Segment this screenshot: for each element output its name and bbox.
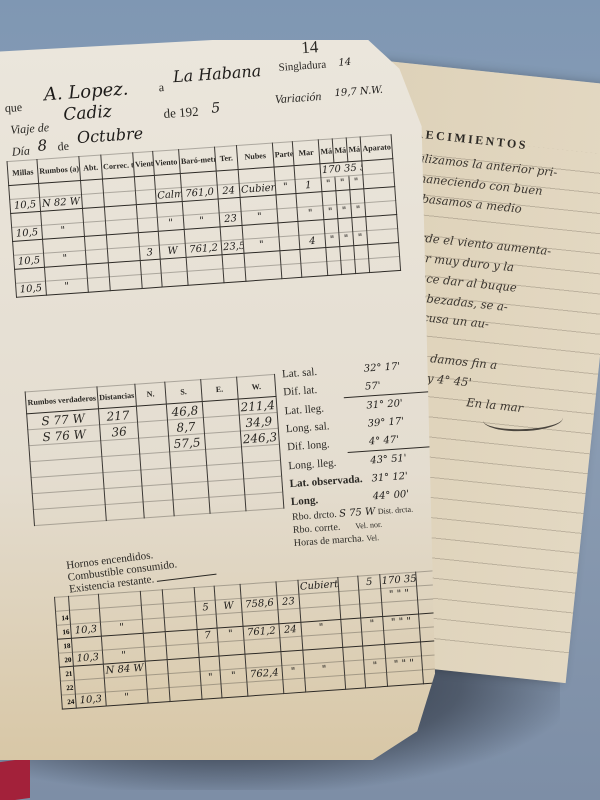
cell-viento-f [137, 217, 158, 232]
col-ter: Ter. [215, 146, 239, 171]
captain-name: A. Lopez. [43, 78, 129, 105]
hour-number: 20 [58, 652, 73, 667]
col-abt: Abt. [79, 155, 103, 180]
cell-rumbo: " [105, 689, 148, 706]
col-n: N. [135, 382, 166, 406]
hour-number: 22 [60, 680, 75, 695]
hour-number: 21 [59, 666, 74, 681]
nav-value: 43° 51' [370, 452, 407, 466]
col-parte: Parte cubierta [272, 142, 294, 167]
nav-value: 39° 17' [367, 416, 404, 430]
day-label: Día [11, 144, 30, 160]
cell-maq-r: " [351, 203, 366, 218]
day-value: 8 [37, 136, 48, 155]
cell-maq-p: " [325, 233, 340, 248]
hour-number: 18 [57, 638, 72, 653]
hour-number: 14 [56, 610, 71, 625]
variacion-value: 19,7 N.W. [334, 85, 383, 99]
hour-number: 24 [61, 694, 76, 709]
to-label: a [158, 80, 164, 95]
nav-value: 57' [365, 380, 381, 392]
nav-value: 4° 47' [369, 434, 400, 447]
nav-value: 32° 17' [363, 361, 400, 375]
cell-millas: 10,5 [16, 281, 47, 297]
log-grid-bottom: Cubierto 5 170 35 51 14 5 W 758,6 23 " "… [54, 569, 456, 709]
cell-maq-p: " [321, 177, 336, 192]
voyage-label: Viaje de [10, 120, 50, 138]
col-viento-f: Viento F. [133, 151, 155, 176]
col-barometro: Baró-metro [179, 147, 217, 173]
existencia-blank [157, 574, 217, 582]
year-label: de 192 [163, 104, 199, 122]
cell-maq-p: " [323, 205, 338, 220]
nav-value: 31° 20' [366, 398, 403, 412]
log-grid-top: Millas Rumbos (a) Abt. Correc. total Vie… [6, 134, 400, 298]
col-e: E. [201, 377, 238, 401]
courses-table: Rumbos verdaderos Distancias N. S. E. W.… [25, 374, 285, 526]
cell-viento-f: " [200, 670, 221, 685]
cell-millas: 10,3 [75, 692, 106, 708]
cell-viento-f: 3 [139, 245, 160, 260]
dead-reckoning-section: Rumbos verdaderos Distancias N. S. E. W.… [14, 355, 445, 554]
cell-viento-f: 7 [197, 628, 218, 643]
cell-maq-e: " [337, 204, 352, 219]
col-viento-dir: Viento Dir. [153, 150, 181, 176]
col-w: W. [237, 374, 276, 399]
col-correc: Correc. total [101, 153, 135, 179]
cell-rumbo: " [45, 278, 88, 295]
month-value: Octubre [76, 124, 143, 148]
nav-value: 31° 12' [371, 470, 408, 484]
cell-maq-e: " [339, 232, 354, 247]
vel-label: Vel. [366, 533, 379, 543]
col-s: S. [165, 380, 202, 404]
page-number: 14 [301, 37, 319, 58]
col-nubes: Nubes [236, 143, 274, 169]
col-aparato: Aparato [360, 135, 393, 161]
hour-number: 16 [56, 624, 71, 639]
horas-marcha-label: Horas de marcha. [293, 533, 364, 549]
singladura-value: 14 [338, 57, 351, 69]
col-millas: Millas [7, 160, 39, 186]
dist-drcta-label: Dist. drcta. [377, 505, 413, 516]
book-cover-spine [0, 758, 30, 800]
de-label: de [57, 139, 69, 155]
year-value: 5 [211, 100, 221, 117]
cell-maq-r: " [349, 175, 364, 190]
cell-viento-f: 5 [195, 600, 216, 615]
cell-parte: " [275, 180, 296, 195]
vessel-label: que [4, 100, 22, 116]
col-mar: Mar [292, 140, 320, 166]
voyage-origin: Cadiz [63, 102, 113, 125]
left-page-log: 14 que A. Lopez. a La Habana Singladura … [0, 40, 435, 760]
variacion-label: Variación [274, 89, 322, 107]
col-distancias: Distancias [97, 384, 136, 409]
destination: La Habana [172, 61, 261, 86]
col-rumbos: Rumbos (a) [37, 157, 81, 184]
singladura-label: Singladura [278, 59, 326, 74]
nav-value: 44° 00' [372, 488, 409, 502]
cell-maq-r: " [353, 231, 368, 246]
cell-maq-e: " [335, 176, 350, 191]
cell-viento-f [135, 189, 156, 204]
vel-nor-label: Vel. nor. [355, 520, 382, 531]
